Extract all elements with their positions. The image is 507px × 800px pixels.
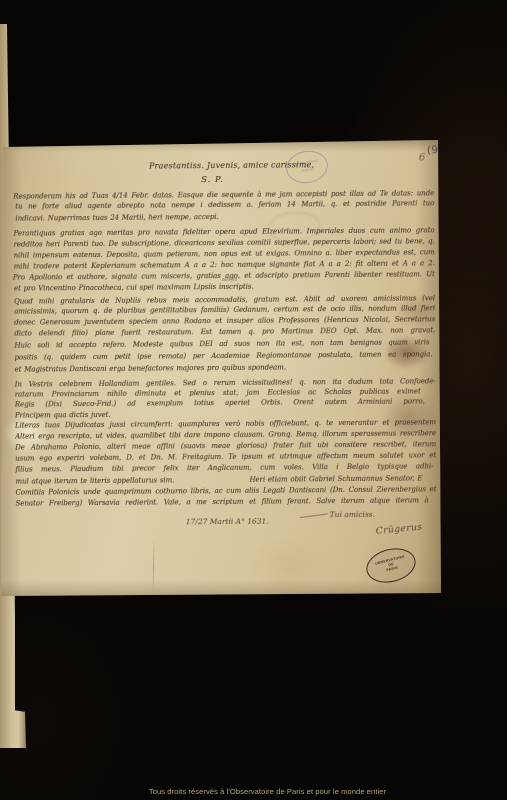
manuscript-line: dicto delendi filio) plane fuerit restau… [14, 326, 435, 338]
manuscript-line: Perantiquas gratias ago meritas pro nava… [13, 226, 434, 238]
manuscript-line: positis (q. quidem cum petit ipse remota… [14, 350, 432, 362]
pen-flourish [300, 513, 328, 518]
manuscript-line: filius meus. Plaudium tibi precor felix … [15, 462, 433, 474]
manuscript-line: Heri etiam obiit Gabriel Schumannus Sena… [249, 474, 422, 484]
manuscript-line: redditos heri Parenti tuo. De subscripti… [14, 237, 435, 249]
manuscript-line: amicissimis, quorum q. de pluribus genti… [14, 304, 435, 316]
manuscript-line: donec Generosum juventutem speciem anno … [14, 315, 435, 327]
manuscript-line: Alteri ergo rescripto, ut vides, quamlib… [15, 429, 436, 441]
manuscript-line: Principem qua dictis juvet. [15, 411, 111, 421]
salutation-sp: S. P. [201, 175, 224, 185]
handwriting-layer: Praestantiss. Juvenis, amice carissime, … [0, 0, 507, 800]
manuscript-line: Huic soli id accepto refero. Modeste qui… [14, 338, 429, 350]
manuscript-line: Regis (Dixi Sueco-Frid.) ad exemplum tot… [15, 397, 425, 409]
manuscript-line: Literas tuas Dijudicatas jussi circumfer… [15, 418, 436, 430]
manuscript-line: Comitiis Polonicis unde quamprimum cothu… [15, 485, 436, 497]
manuscript-line: et Magistratus Dantiscani erga benefacto… [15, 363, 286, 374]
manuscript-line: et pro Vincentino Pinacotheca, cui spei … [14, 283, 254, 294]
manuscript-line: usum ego experiri volebam, D. et Dn. M. … [15, 451, 436, 463]
manuscript-line: De Abrahamo Polonio, alteri meae affini … [15, 440, 436, 452]
manuscript-line: mihi tradere poterit Keplerianum schemat… [14, 259, 435, 271]
copyright-caption: Tous droits réservés à l'Observatoire de… [14, 787, 507, 796]
folio-number-ink: 6 [419, 152, 425, 163]
manuscript-line: indicavi. Nuperrimas tuas 24 Martii, her… [15, 213, 218, 224]
signature: Crügerus [375, 522, 423, 536]
date-line: 17/27 Martii A° 1631. [186, 517, 269, 527]
manuscript-line: mul atque iterum te literis appellaturus… [15, 476, 174, 486]
manuscript-scan: Praestantiss. Juvenis, amice carissime, … [0, 0, 507, 800]
closing-line: Tui amiciss. [330, 510, 375, 519]
manuscript-line: tu ne forte aliud agente abrepto nota ne… [15, 199, 434, 211]
interlinear-note: nisi fin [222, 278, 237, 283]
manuscript-line: Senator Freiberg) Warsavia redierint. Va… [16, 496, 429, 508]
folio-number-pencil: (9 [427, 143, 438, 156]
manuscript-line: nihil impensum eatenus. Deposita, quam p… [14, 248, 435, 260]
